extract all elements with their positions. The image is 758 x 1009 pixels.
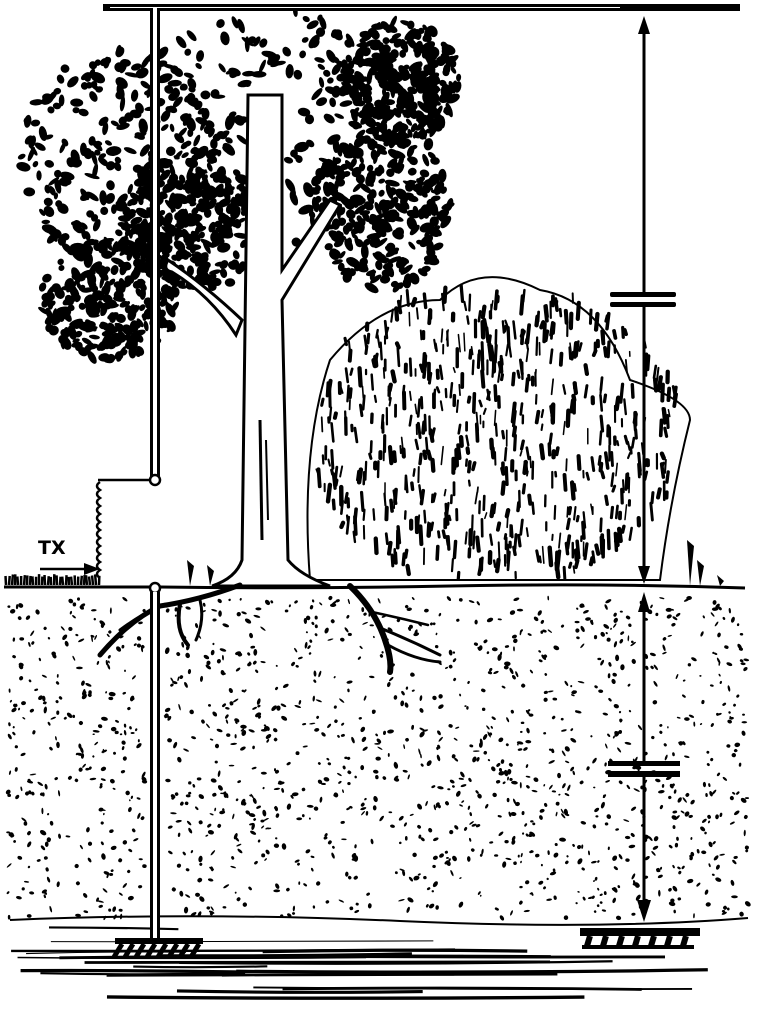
antenna-ground-diagram — [0, 0, 758, 1009]
deep-ground-plate — [580, 928, 700, 949]
loading-coil — [97, 480, 150, 587]
capacitance-arrow-below — [608, 592, 680, 922]
transmitter-label: TX — [38, 537, 66, 559]
vertical-antenna-lead — [150, 8, 160, 485]
ground-surface — [4, 585, 745, 588]
ground-rod — [114, 583, 203, 957]
tx-arrow-icon — [40, 563, 100, 575]
soil-texture — [5, 595, 752, 921]
bush — [308, 277, 691, 580]
